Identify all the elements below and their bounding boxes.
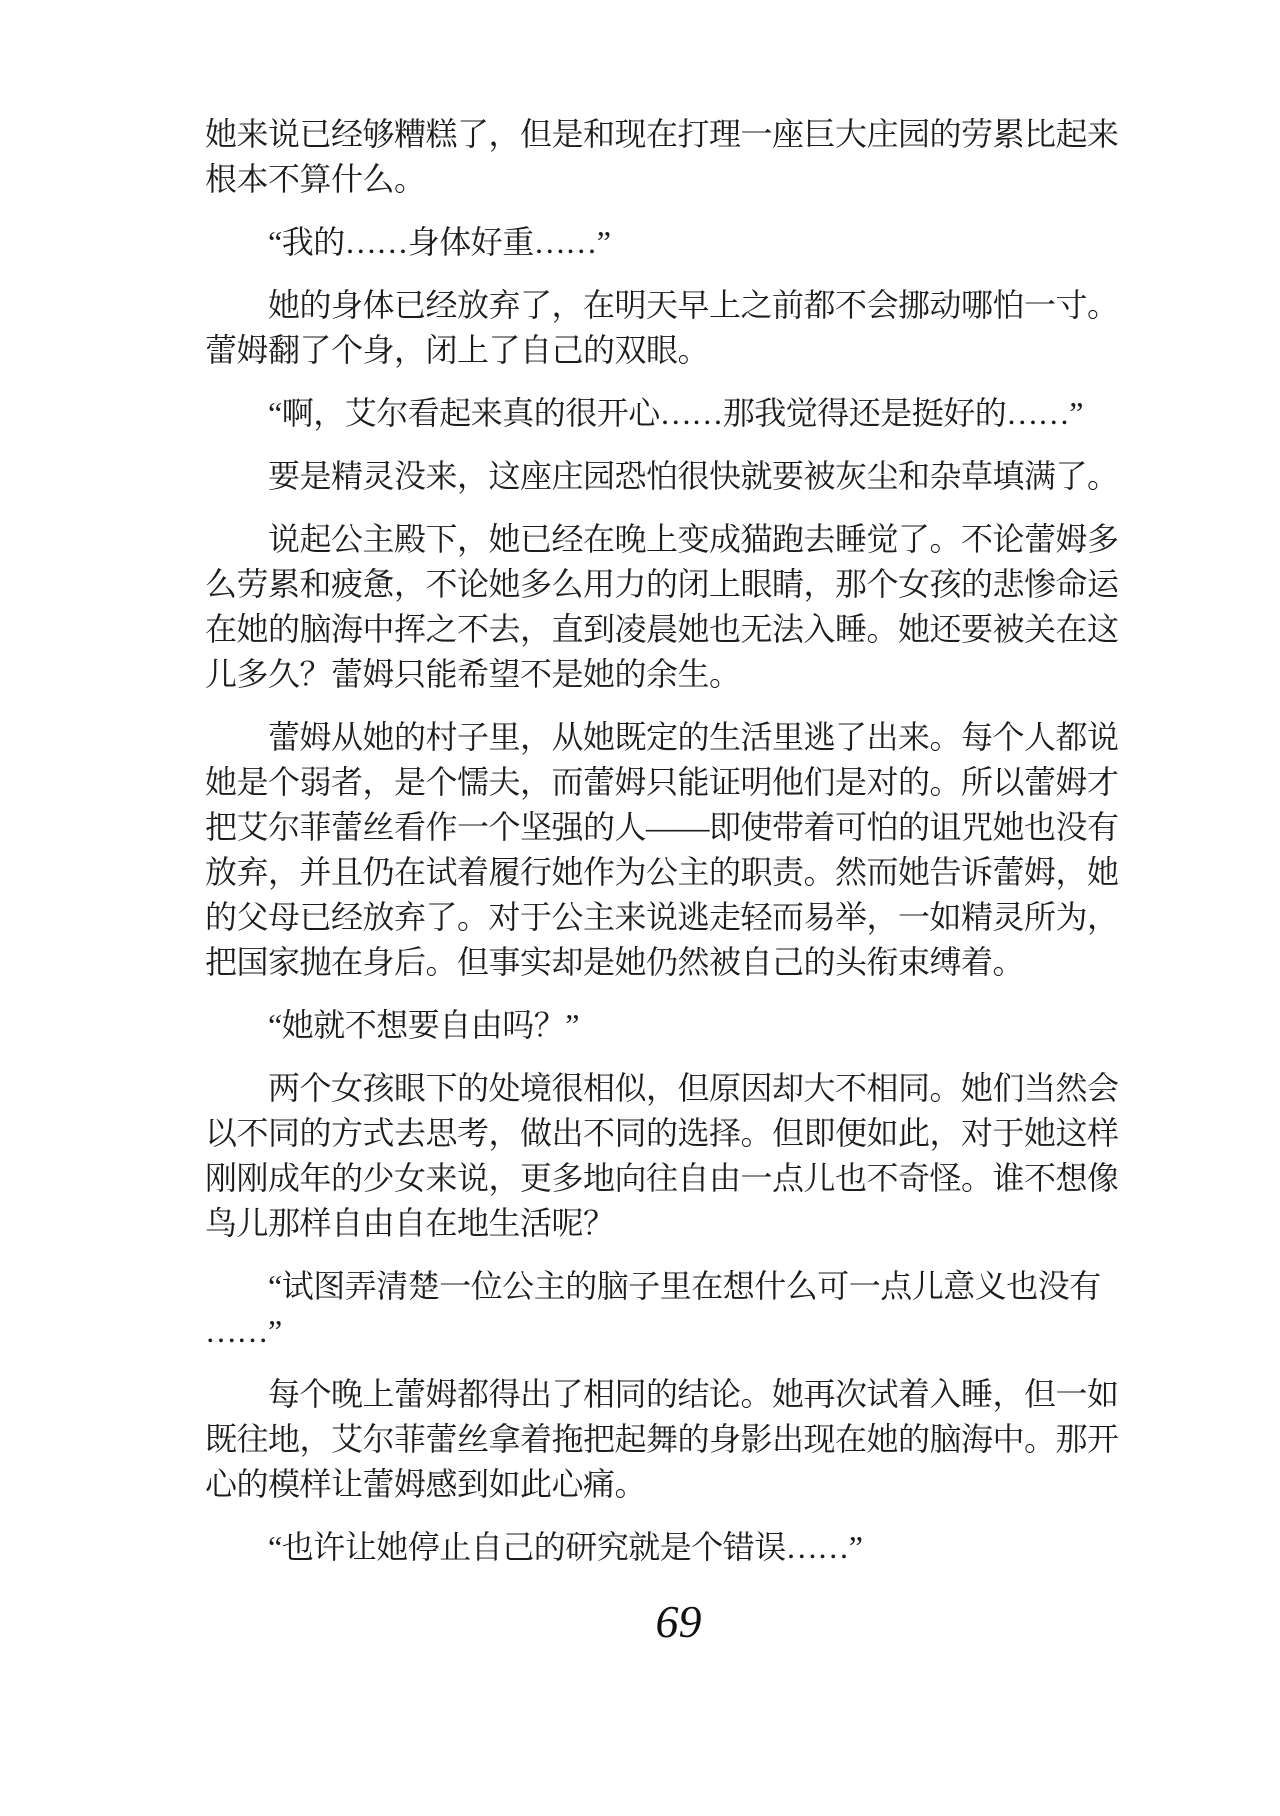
text-line: “啊，艾尔看起来真的很开心……那我觉得还是挺好的……” [205,391,1120,436]
text-line: 么劳累和疲惫，不论她多么用力的闭上眼睛，那个女孩的悲惨命运 [205,562,1120,607]
text-line: 把艾尔菲蕾丝看作一个坚强的人——即使带着可怕的诅咒她也没有 [205,805,1120,850]
text-line: 儿多久？蕾姆只能希望不是她的余生。 [205,652,1120,697]
text-line: “也许让她停止自己的研究就是个错误……” [205,1525,1120,1570]
text-line: 说起公主殿下，她已经在晚上变成猫跑去睡觉了。不论蕾姆多 [205,517,1120,562]
text-line: “我的……身体好重……” [205,220,1120,265]
text-line: 她是个弱者，是个懦夫，而蕾姆只能证明他们是对的。所以蕾姆才 [205,760,1120,805]
text-line: 在她的脑海中挥之不去，直到凌晨她也无法入睡。她还要被关在这 [205,607,1120,652]
body-text: 她来说已经够糟糕了，但是和现在打理一座巨大庄园的劳累比起来 根本不算什么。 “我… [205,112,1120,1570]
text-line: 两个女孩眼下的处境很相似，但原因却大不相同。她们当然会 [205,1066,1120,1111]
text-line: 的父母已经放弃了。对于公主来说逃走轻而易举，一如精灵所为， [205,895,1120,940]
text-line: ……” [205,1309,1120,1354]
text-line: 心的模样让蕾姆感到如此心痛。 [205,1462,1120,1507]
book-page: 她来说已经够糟糕了，但是和现在打理一座巨大庄园的劳累比起来 根本不算什么。 “我… [0,0,1280,1816]
text-line: 要是精灵没来，这座庄园恐怕很快就要被灰尘和杂草填满了。 [205,454,1120,499]
text-line: 刚刚成年的少女来说，更多地向往自由一点儿也不奇怪。谁不想像 [205,1156,1120,1201]
text-line: 每个晚上蕾姆都得出了相同的结论。她再次试着入睡，但一如 [205,1372,1120,1417]
text-line: 根本不算什么。 [205,157,1120,202]
page-number: 69 [205,1596,1120,1648]
text-line: 蕾姆翻了个身，闭上了自己的双眼。 [205,328,1120,373]
text-line: 既往地，艾尔菲蕾丝拿着拖把起舞的身影出现在她的脑海中。那开 [205,1417,1120,1462]
text-line: “试图弄清楚一位公主的脑子里在想什么可一点儿意义也没有 [205,1264,1120,1309]
text-line: “她就不想要自由吗？” [205,1003,1120,1048]
text-line: 以不同的方式去思考，做出不同的选择。但即便如此，对于她这样 [205,1111,1120,1156]
text-line: 鸟儿那样自由自在地生活呢？ [205,1201,1120,1246]
text-line: 放弃，并且仍在试着履行她作为公主的职责。然而她告诉蕾姆，她 [205,850,1120,895]
text-line: 她的身体已经放弃了，在明天早上之前都不会挪动哪怕一寸。 [205,283,1120,328]
text-line: 蕾姆从她的村子里，从她既定的生活里逃了出来。每个人都说 [205,715,1120,760]
text-line: 她来说已经够糟糕了，但是和现在打理一座巨大庄园的劳累比起来 [205,112,1120,157]
text-line: 把国家抛在身后。但事实却是她仍然被自己的头衔束缚着。 [205,940,1120,985]
